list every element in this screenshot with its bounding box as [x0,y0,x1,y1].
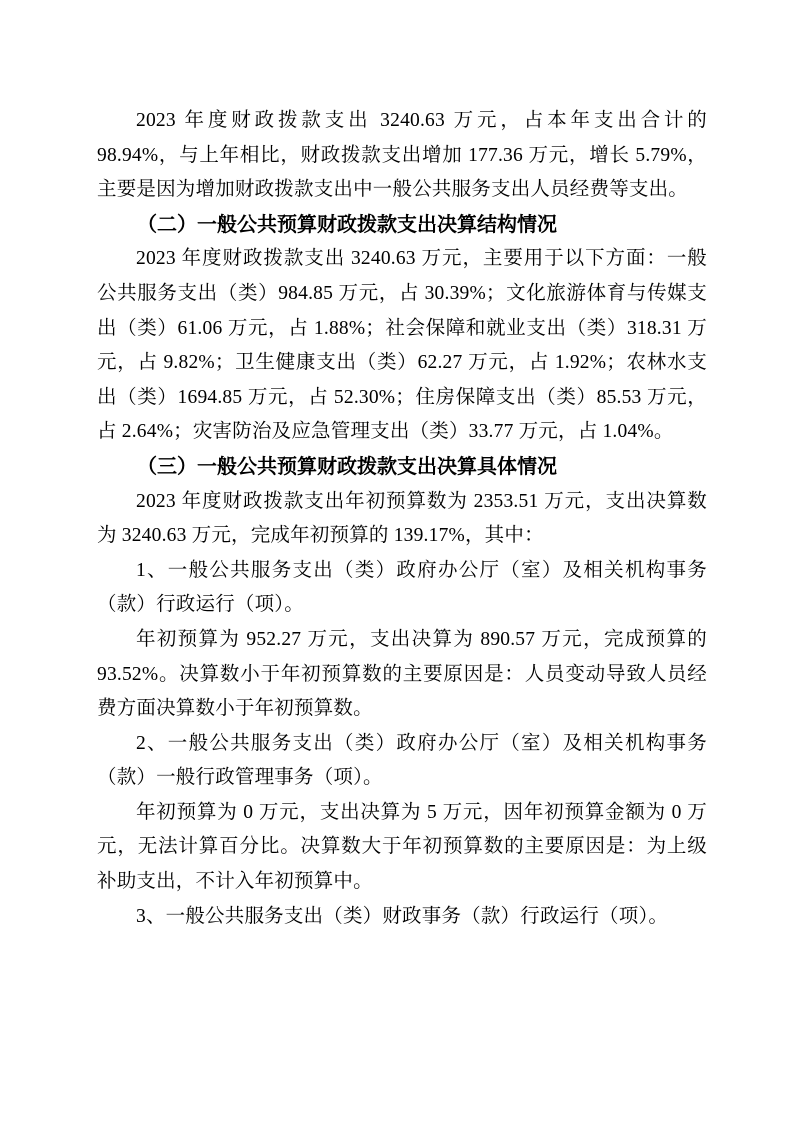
paragraph-item-1-title: 1、一般公共服务支出（类）政府办公厅（室）及相关机构事务（款）行政运行（项）。 [97,554,707,623]
document-page: 2023 年度财政拨款支出 3240.63 万元，占本年支出合计的 98.94%… [0,0,793,1122]
paragraph-expenditure-structure-breakdown: 2023 年度财政拨款支出 3240.63 万元，主要用于以下方面：一般公共服务… [97,242,707,450]
heading-section-2-expenditure-structure: （二）一般公共预算财政拨款支出决算结构情况 [97,208,707,243]
paragraph-item-2-detail: 年初预算为 0 万元，支出决算为 5 万元，因年初预算金额为 0 万元，无法计算… [97,796,707,900]
paragraph-fiscal-expenditure-overview: 2023 年度财政拨款支出 3240.63 万元，占本年支出合计的 98.94%… [97,104,707,208]
paragraph-item-3-title: 3、一般公共服务支出（类）财政事务（款）行政运行（项）。 [97,900,707,935]
heading-section-3-expenditure-detail: （三）一般公共预算财政拨款支出决算具体情况 [97,450,707,485]
document-body: 2023 年度财政拨款支出 3240.63 万元，占本年支出合计的 98.94%… [97,104,707,934]
paragraph-detail-intro: 2023 年度财政拨款支出年初预算数为 2353.51 万元，支出决算数为 32… [97,485,707,554]
paragraph-item-1-detail: 年初预算为 952.27 万元，支出决算为 890.57 万元，完成预算的 93… [97,623,707,727]
paragraph-item-2-title: 2、一般公共服务支出（类）政府办公厅（室）及相关机构事务（款）一般行政管理事务（… [97,727,707,796]
